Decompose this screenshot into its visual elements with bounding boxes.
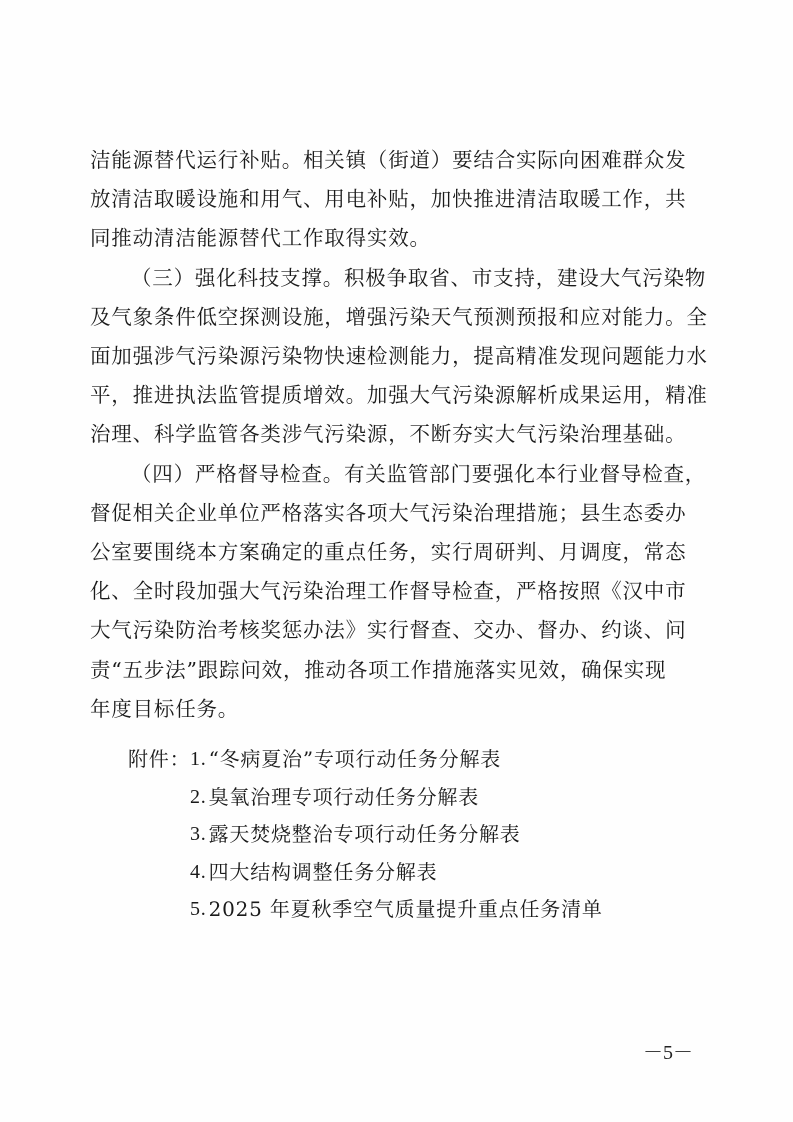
section-heading-3: （三）强化科技支撑。: [131, 266, 344, 290]
attachment-title: 露天焚烧整治专项行动任务分解表: [209, 816, 521, 854]
attachment-number: 5.: [190, 891, 207, 929]
attachments-label: 附件：: [128, 741, 190, 779]
attachment-title: 2025 年夏秋季空气质量提升重点任务清单: [209, 891, 603, 929]
text-line: 督促相关企业单位严格落实各项大气污染治理措施；县生态委办: [90, 494, 690, 533]
text-line: 治理、科学监管各类涉气污染源，不断夯实大气污染治理基础。: [90, 415, 690, 454]
attachment-number: 4.: [190, 854, 207, 892]
attachment-item-3: 3. 露天焚烧整治专项行动任务分解表: [128, 816, 688, 854]
attachment-title: 臭氧治理专项行动任务分解表: [209, 779, 479, 817]
body-text: 洁能源替代运行补贴。相关镇（街道）要结合实际向困难群众发 放清洁取暖设施和用气、…: [90, 141, 690, 729]
page-number: －5－: [643, 1036, 693, 1065]
text-line: 公室要围绕本方案确定的重点任务，实行周研判、月调度，常态: [90, 533, 690, 572]
text-line: 同推动清洁能源替代工作取得实效。: [90, 219, 690, 258]
text-line: 平，推进执法监管提质增效。加强大气污染源解析成果运用，精准: [90, 376, 690, 415]
paragraph-tech-support: （三）强化科技支撑。积极争取省、市支持，建设大气污染物 及气象条件低空探测设施，…: [90, 259, 690, 455]
attachment-item-5: 5. 2025 年夏秋季空气质量提升重点任务清单: [128, 891, 688, 929]
attachments-label-spacer: [128, 854, 190, 892]
attachment-item-1: 附件： 1. “冬病夏治”专项行动任务分解表: [128, 741, 688, 779]
paragraph-inspection: （四）严格督导检查。有关监管部门要强化本行业督导检查， 督促相关企业单位严格落实…: [90, 455, 690, 729]
attachments-label-spacer: [128, 816, 190, 854]
text-line: 年度目标任务。: [90, 690, 690, 729]
text-line: （三）强化科技支撑。积极争取省、市支持，建设大气污染物: [90, 259, 690, 298]
text-span: 有关监管部门要强化本行业督导检查，: [344, 462, 706, 486]
section-heading-4: （四）严格督导检查。: [131, 462, 344, 486]
attachment-number: 3.: [190, 816, 207, 854]
text-line: 责“五步法”跟踪问效，推动各项工作措施落实见效，确保实现: [90, 651, 690, 690]
attachment-item-4: 4. 四大结构调整任务分解表: [128, 854, 688, 892]
text-line: （四）严格督导检查。有关监管部门要强化本行业督导检查，: [90, 455, 690, 494]
text-line: 放清洁取暖设施和用气、用电补贴，加快推进清洁取暖工作，共: [90, 180, 690, 219]
attachment-title: 四大结构调整任务分解表: [209, 854, 438, 892]
text-line: 面加强涉气污染源污染物快速检测能力，提高精准发现问题能力水: [90, 337, 690, 376]
text-line: 洁能源替代运行补贴。相关镇（街道）要结合实际向困难群众发: [90, 141, 690, 180]
attachment-number: 2.: [190, 779, 207, 817]
text-line: 及气象条件低空探测设施，增强污染天气预测预报和应对能力。全: [90, 298, 690, 337]
attachment-number: 1.: [190, 741, 207, 779]
text-line: 大气污染防治考核奖惩办法》实行督查、交办、督办、约谈、问: [90, 611, 690, 650]
attachment-item-2: 2. 臭氧治理专项行动任务分解表: [128, 779, 688, 817]
attachment-title: “冬病夏治”专项行动任务分解表: [209, 741, 501, 779]
document-page: 洁能源替代运行补贴。相关镇（街道）要结合实际向困难群众发 放清洁取暖设施和用气、…: [0, 0, 793, 1122]
attachments-list: 附件： 1. “冬病夏治”专项行动任务分解表 2. 臭氧治理专项行动任务分解表 …: [128, 741, 688, 929]
attachments-label-spacer: [128, 779, 190, 817]
text-line: 化、全时段加强大气污染治理工作督导检查，严格按照《汉中市: [90, 572, 690, 611]
text-span: 积极争取省、市支持，建设大气污染物: [344, 266, 706, 290]
paragraph-clean-energy: 洁能源替代运行补贴。相关镇（街道）要结合实际向困难群众发 放清洁取暖设施和用气、…: [90, 141, 690, 259]
attachments-label-spacer: [128, 891, 190, 929]
